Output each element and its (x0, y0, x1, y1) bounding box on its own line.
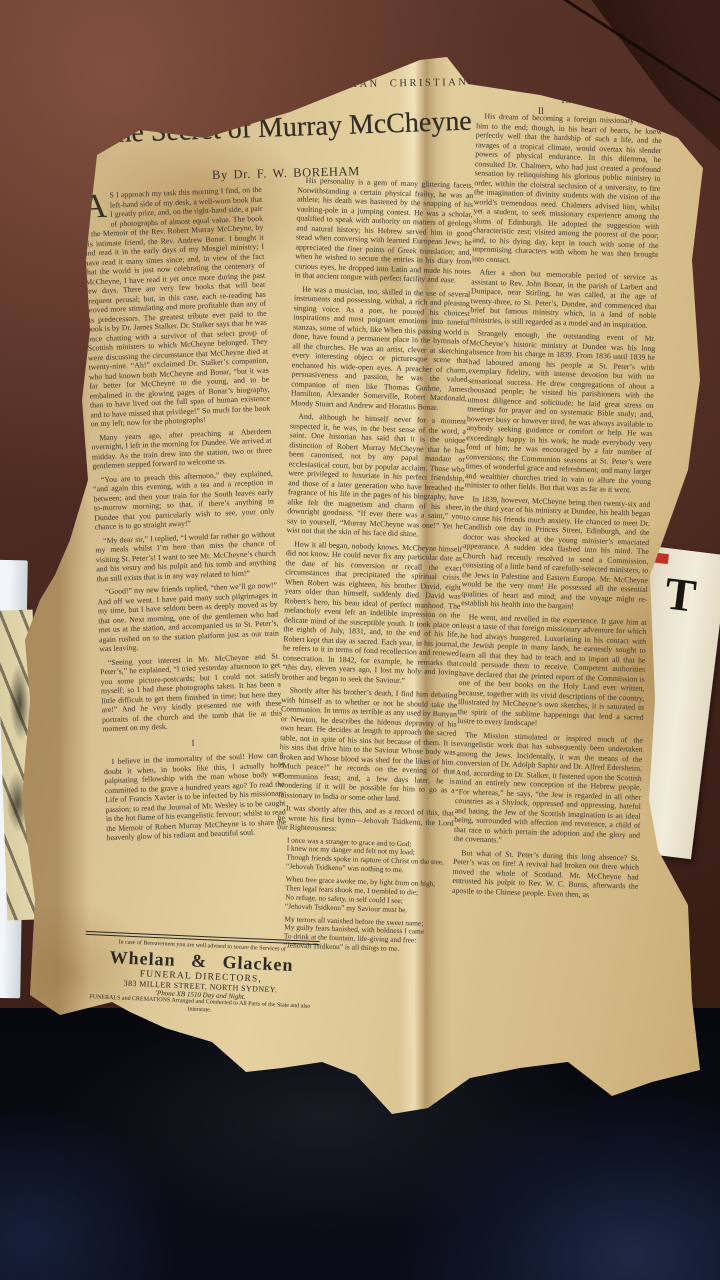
paragraph: “My dear sir,” I replied, “I would far r… (95, 529, 277, 583)
paragraph: How it all began, nobody knows. McCheyne… (282, 539, 462, 687)
paragraph: I once was a stranger to grace and to Go… (286, 836, 453, 877)
paragraph: He went, and revelled in the experience.… (457, 612, 646, 732)
paragraph: “You are to preach this afternoon,” they… (93, 468, 275, 532)
paragraph: Strangely enough, the outstanding event … (465, 328, 656, 495)
paragraph: “Seeing your interest in Mr. McCheyne an… (100, 651, 283, 734)
paragraph-group: Many years ago, after preaching at Aberd… (91, 426, 282, 734)
paragraph: Shortly after his brother’s death, I fin… (278, 685, 457, 804)
paragraph: When free grace awoke me, by light from … (285, 875, 452, 916)
paragraph: But what of St. Peter’s during this long… (452, 847, 639, 900)
paragraph: After a short but memorable period of se… (470, 267, 658, 330)
clipping-big-letter: T (662, 570, 698, 619)
paragraph-group: His dream of becoming a foreign missiona… (452, 111, 663, 900)
paragraph: In 1839, however, McCheyne being then tw… (461, 494, 650, 614)
paragraph: Many years ago, after preaching at Aberd… (91, 426, 272, 471)
column-right: His dream of becoming a foreign missiona… (447, 111, 662, 1044)
hymn-verses: I once was a stranger to grace and to Go… (273, 836, 453, 956)
paragraph: AS I approach my task this morning I fin… (82, 185, 271, 429)
paragraph: And, although he himself never for a mom… (287, 411, 467, 540)
paragraph: “Good!” my new friends replied, “then we… (97, 581, 279, 654)
paragraph-group: I believe in the immortality of the soul… (104, 751, 287, 843)
section-numeral-1: I (103, 734, 283, 752)
paragraph: It was shortly after this, and as a reco… (277, 803, 454, 837)
paragraph-text: S I approach my task this morning I find… (83, 185, 270, 429)
paragraph: He was a musician, too, skilled in the u… (291, 284, 471, 413)
paragraph-group: His personality is a gem of many glitter… (277, 175, 474, 837)
photo-scene: T seducers are waxing worse… deceiving a… (0, 0, 720, 1280)
paragraph: I believe in the immortality of the soul… (104, 751, 287, 843)
column-left: AS I approach my task this morning I fin… (82, 185, 290, 936)
paragraph: The Mission stimulated or inspired much … (454, 730, 643, 850)
paragraph: His dream of becoming a foreign missiona… (472, 111, 663, 269)
paragraph: His personality is a gem of many glitter… (295, 175, 474, 285)
column-middle: His personality is a gem of many glitter… (270, 175, 473, 1058)
